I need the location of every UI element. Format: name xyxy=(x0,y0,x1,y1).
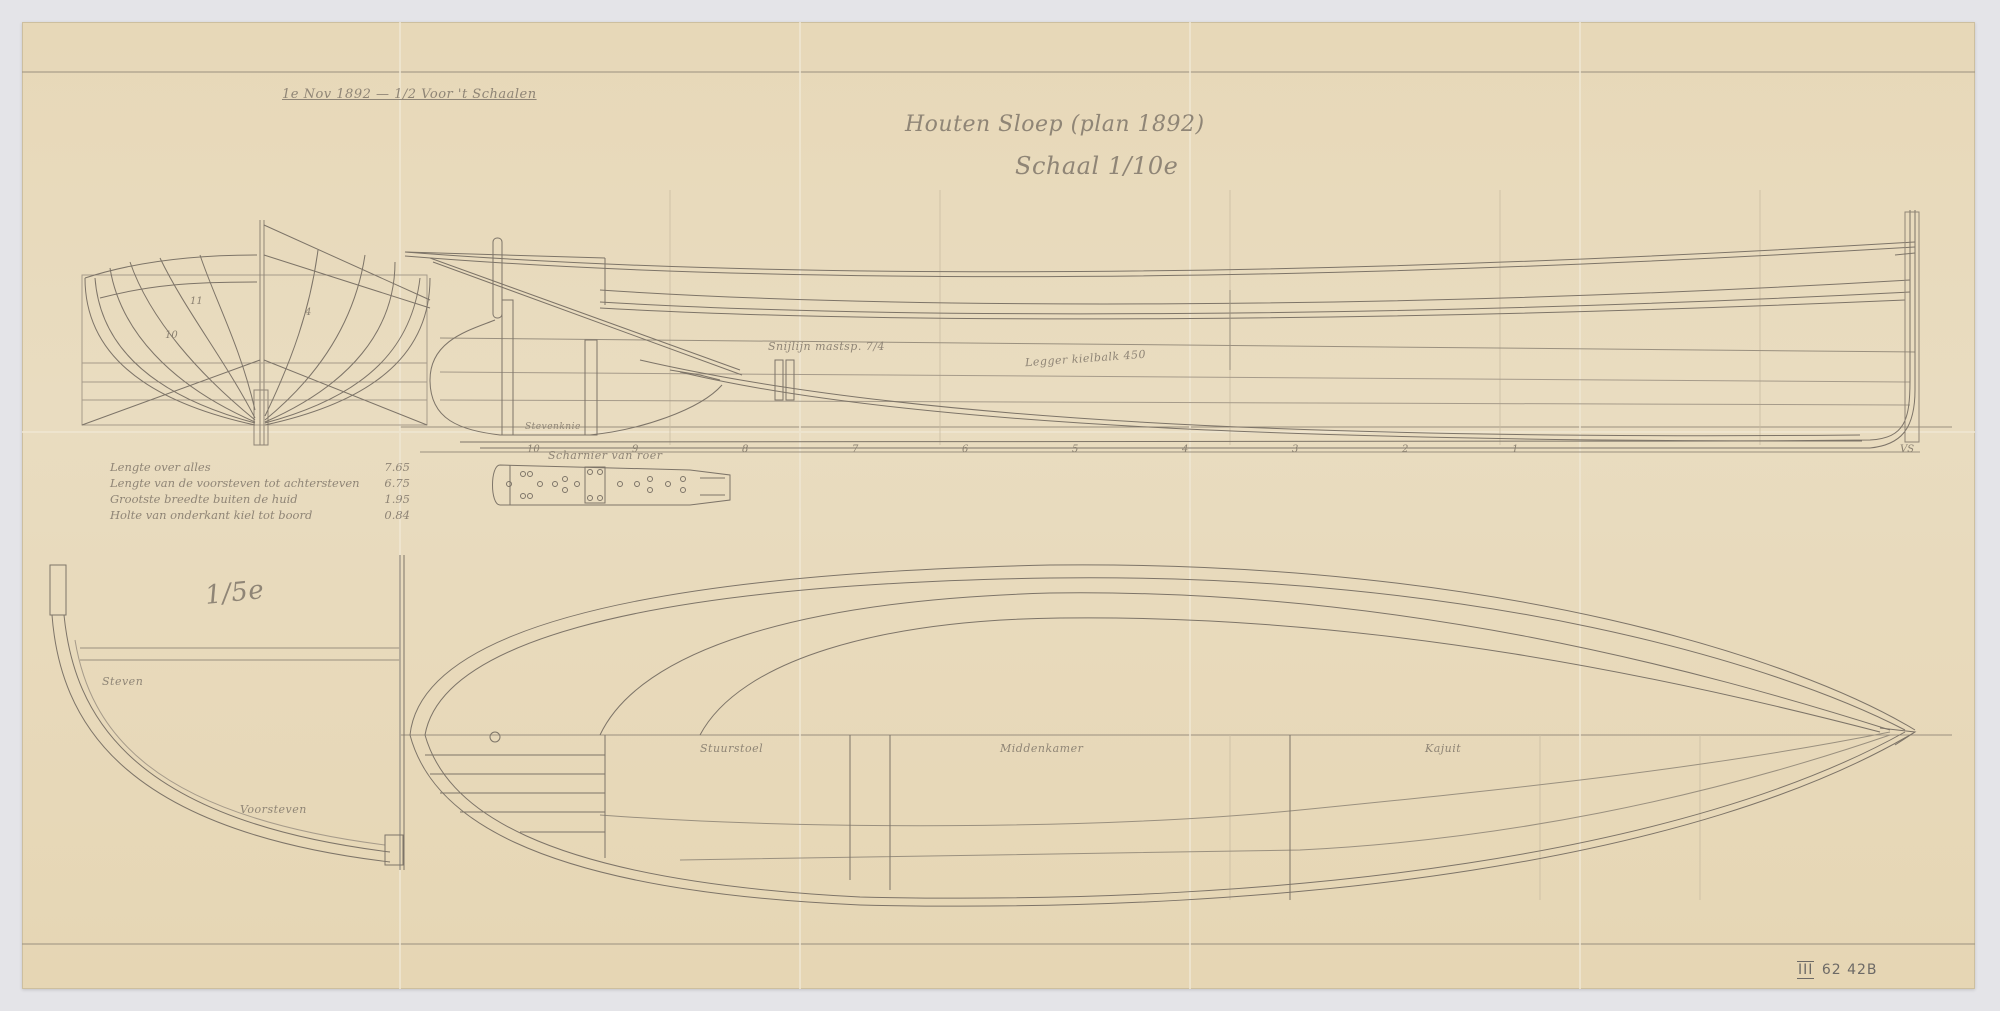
catalog-roman: III xyxy=(1797,961,1814,979)
fitting-detail-label: Scharnier van roer xyxy=(548,449,662,462)
dimension-label: Lengte van de voorsteven tot achtersteve… xyxy=(110,476,360,492)
drawing-title: Houten Sloep (plan 1892) xyxy=(905,112,1205,137)
station-label: 3 xyxy=(1292,444,1298,455)
station-label: VS xyxy=(1900,444,1914,455)
dimension-label: Grootste breedte buiten de huid xyxy=(110,492,298,508)
station-label: 10 xyxy=(527,444,540,455)
dimension-value: 7.65 xyxy=(384,460,410,476)
catalog-rest: 62 42B xyxy=(1822,962,1878,978)
frame-mark: 10 xyxy=(165,330,178,341)
dimensions-table: Lengte over alles 7.65 Lengte van de voo… xyxy=(110,460,410,524)
stem-annotation: Steven xyxy=(102,675,143,688)
station-label: 5 xyxy=(1072,444,1078,455)
dimension-row: Lengte over alles 7.65 xyxy=(110,460,410,476)
catalog-number: III 62 42B xyxy=(1797,962,1878,978)
dimension-label: Holte van onderkant kiel tot boord xyxy=(110,508,312,524)
stem-annotation: Voorsteven xyxy=(240,803,307,816)
frame-mark: 11 xyxy=(190,296,203,307)
profile-annotation: Snijlijn mastsp. 7/4 xyxy=(768,340,885,353)
dimension-row: Holte van onderkant kiel tot boord 0.84 xyxy=(110,508,410,524)
frame-mark: 4 xyxy=(305,307,311,318)
compartment-label: Middenkamer xyxy=(1000,742,1083,755)
dimension-label: Lengte over alles xyxy=(110,460,211,476)
dimension-value: 1.95 xyxy=(384,492,410,508)
dimension-row: Lengte van de voorsteven tot achtersteve… xyxy=(110,476,410,492)
stem-detail-scale: 1/5e xyxy=(204,575,266,611)
station-label: 6 xyxy=(962,444,968,455)
profile-view xyxy=(405,210,1919,448)
station-label: 7 xyxy=(852,444,858,455)
dimension-value: 6.75 xyxy=(384,476,410,492)
rudder-fitting-detail xyxy=(493,465,731,505)
top-left-note: 1e Nov 1892 — 1/2 Voor 't Schaalen xyxy=(282,87,537,102)
station-grid xyxy=(670,190,1760,900)
profile-annotation: Stevenknie xyxy=(525,422,581,432)
station-label: 1 xyxy=(1512,444,1518,455)
station-label: 9 xyxy=(632,444,638,455)
station-label: 2 xyxy=(1402,444,1408,455)
dimension-row: Grootste breedte buiten de huid 1.95 xyxy=(110,492,410,508)
body-plan xyxy=(82,220,430,445)
station-label: 4 xyxy=(1182,444,1188,455)
drawing-scale: Schaal 1/10e xyxy=(1015,152,1178,180)
compartment-label: Stuurstoel xyxy=(700,742,763,755)
station-label: 8 xyxy=(742,444,748,455)
dimension-value: 0.84 xyxy=(384,508,410,524)
compartment-label: Kajuit xyxy=(1425,742,1461,755)
